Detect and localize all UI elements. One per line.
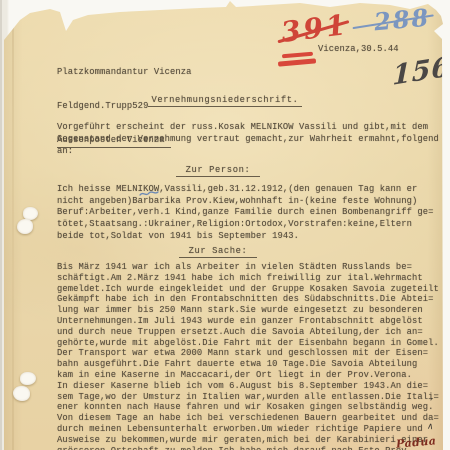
handwritten-place-name: Padua [396,434,437,450]
letterhead-unit: Platzkommandantur Vicenza [57,67,191,78]
red-underline-stroke [282,52,313,59]
hole-blob [17,219,33,234]
red-underline-stroke [278,58,316,66]
document-title: Vernehmungsniederschrift. [0,95,450,107]
section-heading-person: Zur Person: [0,165,436,177]
intro-paragraph: Vorgeführt erscheint der russ.Kosak MELN… [57,121,439,157]
fold-crease [12,0,14,450]
pencil-caret-mark: ∧ [426,422,434,433]
hole-blob [20,372,36,385]
sache-paragraph: Bis März 1941 war ich als Arbeiter in vi… [57,262,439,450]
hole-blob [13,386,30,401]
section-heading-sache: Zur Sache: [0,246,436,258]
crossed-out-blue-number: 288 [373,3,431,37]
document-paper: Platzkommandantur Vicenza Feldgend.Trupp… [0,0,450,450]
dateline: Vicenza,30.5.44 [318,44,399,56]
scanner-background: Platzkommandantur Vicenza Feldgend.Trupp… [0,0,450,450]
person-paragraph: Ich heisse MELNIKOW,Vassili,geb.31.12.19… [57,184,434,243]
blue-scribble-mark [139,190,159,198]
pencil-number: 156 [392,51,450,92]
crossed-out-red-number: 391 [279,8,350,49]
